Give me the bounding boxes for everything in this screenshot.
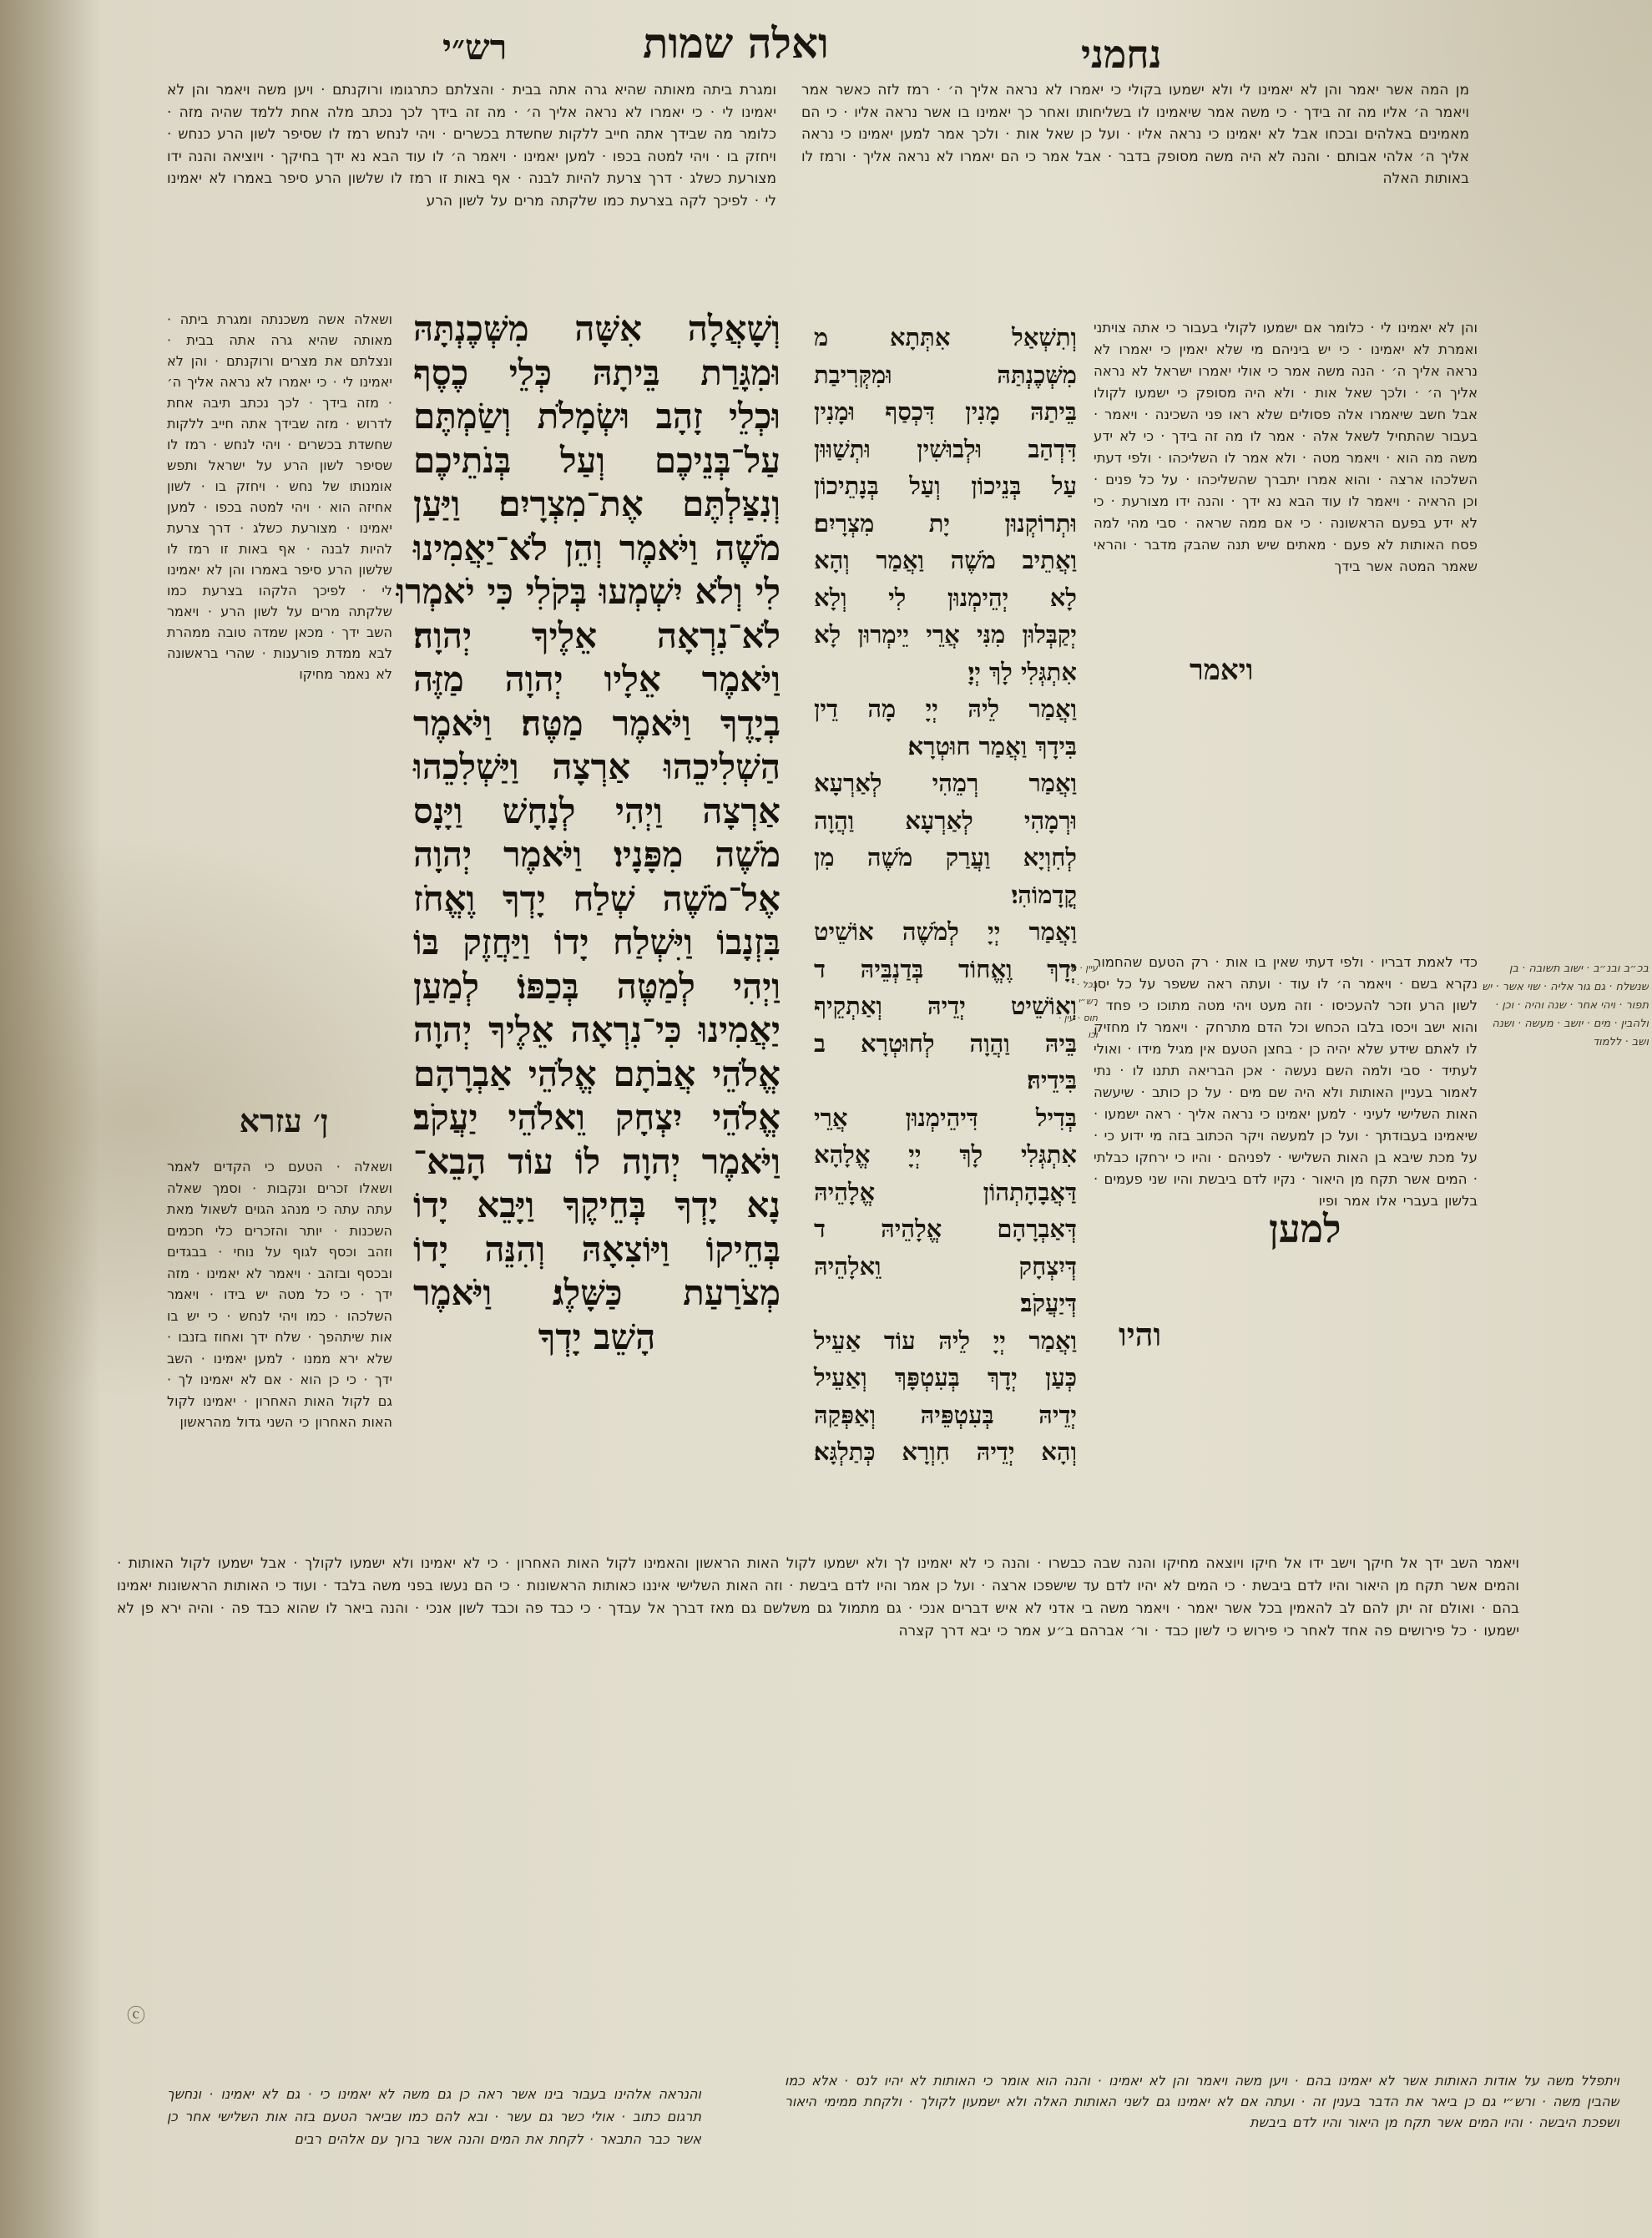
torah-line: לֹא־נִרְאָה אֵלֶיךָ יְהוָה׃ [413,614,781,659]
targum-line: בִּידָךְ וַאֲמַר חוּטְרָא׃ [814,728,1077,765]
lemma-vehayu: והיו [1119,1316,1161,1354]
ibn-ezra-left-column: ושאלה · הטעם כי הקדים לאמר ושאלו זכרים ו… [167,1156,392,1507]
torah-line: אֱלֹהֵי יִצְחָק וֵאלֹהֵי יַעֲקֹב׃ [413,1096,781,1140]
handwritten-footnote-left: והנראה אלהינו בעבור בינו אשר ראה כן גם מ… [167,2083,701,2216]
torah-line: אַרְצָה וַיְהִי לְנָחָשׁ וַיָּנָס [413,790,781,834]
handwritten-footnote-right: ויתפלל משה על אודות האותות אשר לא יאמינו… [785,2070,1619,2220]
targum-line: דְּיַעֲקֹב׃ [814,1285,1077,1322]
torah-line: בְּחֵיקוֹ וַיּוֹצִאָהּ וְהִנֵּה יָדוֹ [413,1228,781,1272]
targum-onkelos-column: וְתִשְׁאַל אִתְּתָא מ מִשְּׁכֶנְתַּהּ וּ… [814,319,1077,1471]
torah-line: וַיֹּאמֶר אֵלָיו יְהוָה מַזֶּה [413,658,781,702]
targum-line: וַאֲמַר לֵיהּ יְיָ מָה דֵין [814,690,1077,728]
torah-line: עַל־בְּנֵיכֶם וְעַל בְּנֹתֵיכֶם [413,439,781,483]
binding-shadow [0,0,100,2238]
handwritten-margin-right: בכ״ב ובנ״ב · ישוב תשובה · בן שנשלח · גם … [1482,960,1649,1503]
torah-line: בְיָדֶךָ וַיֹּאמֶר מַטֶּה׃ וַיֹּאמֶר [413,702,781,746]
targum-line: יְקַבְּלוּן מִנִּי אֲרֵי יֵימְרוּן לָא [814,616,1077,654]
targum-line: כְּעַן יְדָךְ בְּעִטְפָּךְ וְאַעֵיל [814,1359,1077,1397]
torah-line: לִי וְלֹא יִשְׁמְעוּ בְּקֹלִי כִּי יֹאמְ… [413,570,781,614]
running-header-ramban: נחמני [1081,32,1161,77]
targum-line: בְּדִיל דִּיהֵימְנוּן אֲרֵי [814,1099,1077,1137]
torah-line: וְשָׁאֲלָה אִשָּׁה מִשְּׁכֶנְתָּהּ [413,307,781,351]
ramban-right-column-upper: והן לא יאמינו לי · כלומר אם ישמעו לקולי … [1094,317,1478,952]
torah-line: וַיְהִי לְמַטֶּה בְּכַפּוֹ׃ לְמַעַן [413,965,781,1009]
torah-line: מְצֹרַעַת כַּשָּׁלֶג׃ וַיֹּאמֶר [413,1271,781,1316]
lemma-vayomer: ויאמר [1190,654,1253,687]
torah-line: וַיֹּאמֶר יְהוָה לוֹ עוֹד הָבֵא־ [413,1140,781,1185]
targum-line: וַאֲתֵיב מֹשֶׁה וַאֲמַר וְהָא [814,542,1077,579]
torah-line: בִּזְנָבוֹ וַיִּשְׁלַח יָדוֹ וַיַּחֲזֶק … [413,921,781,965]
manuscript-page: נחמני ואלה שמות רש״י ומגרת ביתה מאותה שה… [0,0,1652,2238]
torah-line: הַשְׁלִיכֵהוּ אַרְצָה וַיַּשְׁלִכֵהוּ [413,745,781,790]
torah-line: וּמִגָּרַת בֵּיתָהּ כְּלֵי כֶסֶף [413,351,781,396]
running-header-rashi: רש״י [442,27,507,68]
targum-line: עַל בְּנֵיכוֹן וְעַל בְּנָתֵיכוֹן [814,467,1077,505]
targum-line: יְדָךְ וֶאֱחוֹד בְּדַנְבֵּיהּ ד [814,951,1077,988]
running-header-parasha: ואלה שמות [643,18,829,68]
ramban-top-block: מן המה אשר יאמר והן לא יאמינו לי ולא ישמ… [801,79,1469,313]
torah-line: אֱלֹהֵי אֲבֹתָם אֱלֹהֵי אַבְרָהָם [413,1053,781,1097]
targum-line: אִתְגְּלִי לָךְ יְיָ׃ [814,654,1077,691]
targum-line: דְּאַבְרָהָם אֱלָהֵיהּ ד [814,1210,1077,1248]
targum-line: דְּיִצְחָק וֵאלָהֵיהּ [814,1248,1077,1286]
targum-line: וַאֲמַר יְיָ לֵיהּ עוֹד אַעֵיל [814,1322,1077,1360]
torah-line: וּכְלֵי זָהָב וּשְׂמָלֹת וְשַׂמְתֶּם [413,395,781,439]
torah-line: הָשֵׁב יָדְךָ [413,1316,781,1360]
torah-line: יַאֲמִינוּ כִּי־נִרְאָה אֵלֶיךָ יְהוָה [413,1008,781,1053]
targum-line: קֳדָמוֹהִי׃ [814,877,1077,914]
targum-line: מִשְּׁכֶנְתַּהּ וּמִקְּרִיבַת [814,356,1077,394]
bottom-commentary-block: ויאמר השב ידך אל חיקך וישב ידו אל חיקו ו… [117,1553,1519,1895]
targum-line: וְהָא יְדֵיהּ חִוְרָא כְּתַלְגָּא׃ [814,1433,1077,1471]
targum-line: לְחִוְיָא וַעֲרַק מֹשֶׁה מִן [814,839,1077,877]
targum-line: בֵּיהּ וַהֲוָה לְחוּטְרָא ב [814,1025,1077,1063]
targum-line: וַאֲמַר יְיָ לְמֹשֶׁה אוֹשֵׁיט [814,913,1077,951]
targum-line: בִּידֵיהּ׃ [814,1062,1077,1099]
targum-line: לָא יְהֵימְנוּן לִי וְלָא [814,579,1077,617]
targum-line: וַאֲמַר רְמֵהִי לְאַרְעָא [814,765,1077,802]
torah-line: מֹשֶׁה מִפָּנָיו׃ וַיֹּאמֶר יְהוָה [413,833,781,877]
ibn-ezra-heading: ן׳ עזרא [217,1102,351,1140]
targum-line: אִתְגְּלִי לָךְ יְיָ אֱלָהָא [814,1136,1077,1174]
rashi-left-column: ושאלה אשה משכנתה ומגרת ביתה · מאותה שהיא… [167,309,392,1077]
rashi-top-block: ומגרת ביתה מאותה שהיא גרה אתה בבית · והצ… [167,79,776,305]
lemma-lemaan: למען [1269,1206,1341,1251]
margin-mark-icon: ⓒ [127,2002,145,2028]
targum-line: וּרְמָהִי לְאַרְעָא וַהֲוָה [814,802,1077,840]
torah-line: אֶל־מֹשֶׁה שְׁלַח יָדְךָ וֶאֱחֹז [413,877,781,922]
targum-line: יְדֵיהּ בְּעִטְפֵּיהּ וְאַפְּקַהּ [814,1397,1077,1434]
torah-line: מֹשֶׁה וַיֹּאמֶר וְהֵן לֹא־יַאֲמִינוּ [413,527,781,571]
torah-text-column: וְשָׁאֲלָה אִשָּׁה מִשְּׁכֶנְתָּהּ וּמִג… [413,307,781,1359]
torah-line: וְנִצַּלְתֶּם אֶת־מִצְרָיִם׃ וַיַּעַן [413,482,781,527]
targum-line: וּתְרוֹקְנוּן יָת מִצְרָיִם׃ [814,505,1077,543]
targum-line: דִּדְהַב וּלְבוּשִׁין וּתְשַׁוּוּן [814,431,1077,468]
targum-line: דַּאֲבָהָתְהוֹן אֱלָהֵיהּ [814,1174,1077,1211]
targum-line: וְתִשְׁאַל אִתְּתָא מ [814,319,1077,356]
torah-line: נָא יָדְךָ בְּחֵיקֶךָ וַיָּבֵא יָדוֹ [413,1184,781,1228]
targum-line: בֵּיתַהּ מָנִין דִּכְסַף וּמָנִין [814,393,1077,431]
targum-line: וְאוֹשֵׁיט יְדֵיהּ וְאַתְקֵיף [814,988,1077,1025]
